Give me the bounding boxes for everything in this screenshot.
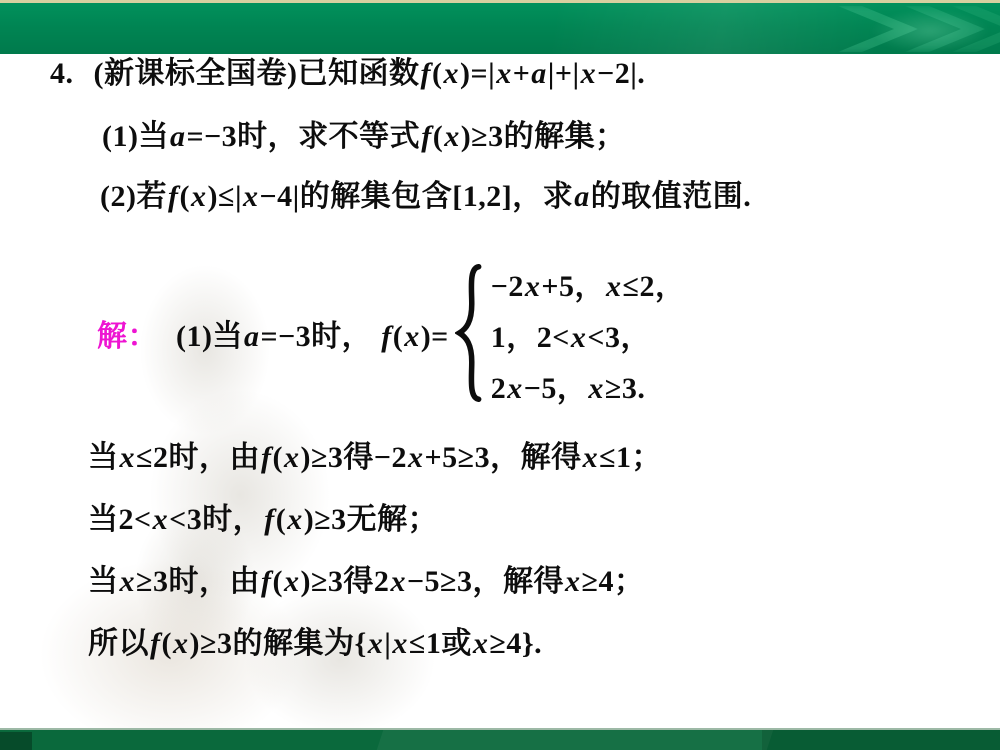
- text-segment: ≤2时，由: [136, 441, 260, 474]
- footer-segment: [377, 730, 773, 750]
- solution-step: 当2<x<3时，f(x)≥3无解；: [88, 503, 438, 537]
- math-variable: f: [420, 120, 433, 153]
- math-variable: f: [260, 441, 273, 474]
- solution-intro: (1)当a=−3时， f(x)=: [176, 311, 449, 355]
- math-variable: a: [243, 320, 261, 353]
- problem-stem: (新课标全国卷)已知函数f(x)=|x+a|+|x−2|.: [94, 57, 646, 91]
- text-segment: )≥3的解集；: [461, 120, 626, 153]
- math-variable: f: [260, 565, 273, 598]
- solution-step: 当x≥3时，由f(x)≥3得2x−5≥3，解得x≥4；: [88, 565, 644, 599]
- math-variable: x: [442, 57, 460, 90]
- text-segment: −4|的解集包含[1,2]，求: [260, 180, 574, 213]
- footer-segment: [762, 730, 1000, 750]
- text-segment: (: [272, 565, 283, 598]
- math-variable: x: [119, 441, 137, 474]
- math-variable: x: [152, 503, 170, 536]
- text-segment: ≤1或: [409, 627, 472, 660]
- math-variable: x: [407, 441, 425, 474]
- math-variable: x: [190, 180, 208, 213]
- text-segment: )≥3无解；: [304, 503, 438, 536]
- text-segment: −5≥3，解得: [407, 565, 564, 598]
- text-segment: 所以: [88, 627, 149, 660]
- text-segment: ≥3.: [605, 372, 645, 405]
- text-segment: (2)若: [100, 180, 167, 213]
- solution-label: 解：: [97, 311, 158, 355]
- footer-segment: [0, 732, 32, 750]
- math-variable: x: [495, 57, 513, 90]
- math-variable: x: [403, 320, 421, 353]
- math-variable: x: [119, 565, 137, 598]
- problem-part1: (1)当a=−3时，求不等式f(x)≥3的解集；: [102, 120, 626, 154]
- text-segment: (1)当: [176, 320, 243, 353]
- math-variable: a: [530, 57, 548, 90]
- piecewise-stack: −2x+5，x≤2， 1，2<x<3， 2x−5，x≥3.: [491, 251, 686, 414]
- piecewise-row: 2x−5，x≥3.: [491, 363, 686, 414]
- math-variable: a: [573, 180, 591, 213]
- text-segment: |+|: [548, 57, 580, 90]
- math-variable: f: [263, 503, 276, 536]
- math-variable: x: [580, 57, 598, 90]
- text-segment: (: [272, 441, 283, 474]
- problem-title: 4. (新课标全国卷)已知函数f(x)=|x+a|+|x−2|.: [50, 57, 645, 91]
- math-variable: x: [587, 372, 605, 405]
- math-variable: x: [472, 627, 490, 660]
- math-variable: x: [570, 321, 588, 354]
- solution-step: 所以f(x)≥3的解集为{x|x≤1或x≥4}.: [88, 627, 542, 661]
- text-segment: (: [276, 503, 287, 536]
- text-segment: (: [162, 627, 173, 660]
- math-variable: x: [391, 627, 409, 660]
- text-segment: 的取值范围.: [591, 180, 752, 213]
- chevron-right-icon: [952, 6, 1000, 52]
- math-variable: f: [167, 180, 180, 213]
- text-segment: (: [179, 180, 190, 213]
- text-segment: <3，: [587, 321, 651, 354]
- text-segment: )≥3的解集为{: [190, 627, 367, 660]
- text-segment: ≤1；: [599, 441, 662, 474]
- text-segment: 当2<: [88, 503, 152, 536]
- math-variable: f: [380, 320, 393, 353]
- slide: 4. (新课标全国卷)已知函数f(x)=|x+a|+|x−2|. (1)当a=−…: [0, 0, 1000, 750]
- text-segment: (: [393, 320, 404, 353]
- math-variable: x: [443, 120, 461, 153]
- math-variable: x: [524, 270, 542, 303]
- text-segment: ≥3时，由: [136, 565, 260, 598]
- chevron-right-icon: [838, 6, 918, 52]
- text-segment: )≤|: [207, 180, 242, 213]
- text-segment: +: [513, 57, 531, 90]
- text-segment: (新课标全国卷)已知函数: [94, 57, 420, 90]
- text-segment: 1，2<: [491, 321, 570, 354]
- text-segment: ≤2，: [623, 270, 686, 303]
- text-segment: 当: [88, 441, 119, 474]
- solution-row: 解： (1)当a=−3时， f(x)= −2x+5，x≤2， 1，2<x<3， …: [97, 255, 685, 410]
- text-segment: +5，: [541, 270, 605, 303]
- left-brace-icon: [455, 264, 483, 402]
- text-segment: =−3时，: [260, 320, 380, 353]
- solution-step: 当x≤2时，由f(x)≥3得−2x+5≥3，解得x≤1；: [88, 441, 662, 475]
- math-variable: x: [242, 180, 260, 213]
- math-variable: a: [169, 120, 187, 153]
- math-variable: x: [172, 627, 190, 660]
- text-segment: 2: [491, 372, 507, 405]
- text-segment: 当: [88, 565, 119, 598]
- math-variable: f: [149, 627, 162, 660]
- text-segment: (: [432, 57, 443, 90]
- piecewise-row: 1，2<x<3，: [491, 312, 686, 363]
- header-bar: [0, 3, 1000, 54]
- piecewise-row: −2x+5，x≤2，: [491, 261, 686, 312]
- text-segment: ≥4；: [582, 565, 645, 598]
- text-segment: −5，: [524, 372, 588, 405]
- text-segment: −2: [491, 270, 524, 303]
- math-variable: x: [582, 441, 600, 474]
- problem-number: 4.: [50, 57, 74, 91]
- footer-bar: [0, 730, 1000, 750]
- math-variable: x: [605, 270, 623, 303]
- math-variable: f: [419, 57, 432, 90]
- math-variable: x: [286, 503, 304, 536]
- text-segment: <3时，: [169, 503, 263, 536]
- math-variable: x: [389, 565, 407, 598]
- math-variable: x: [506, 372, 524, 405]
- problem-part2: (2)若f(x)≤|x−4|的解集包含[1,2]，求a的取值范围.: [100, 180, 751, 214]
- math-variable: x: [367, 627, 385, 660]
- text-segment: =−3时，求不等式: [186, 120, 420, 153]
- chevron-right-icon: [905, 6, 985, 52]
- header-glow-decoration: [870, 9, 990, 53]
- text-segment: )=: [421, 320, 449, 353]
- text-segment: )=|: [460, 57, 495, 90]
- math-variable: x: [283, 565, 301, 598]
- math-variable: x: [283, 441, 301, 474]
- text-segment: ≥4}.: [489, 627, 542, 660]
- text-segment: )≥3得−2: [300, 441, 407, 474]
- text-segment: (1)当: [102, 120, 169, 153]
- text-segment: −2|.: [597, 57, 645, 90]
- text-segment: +5≥3，解得: [425, 441, 582, 474]
- text-segment: (: [433, 120, 444, 153]
- text-segment: )≥3得2: [300, 565, 389, 598]
- math-variable: x: [564, 565, 582, 598]
